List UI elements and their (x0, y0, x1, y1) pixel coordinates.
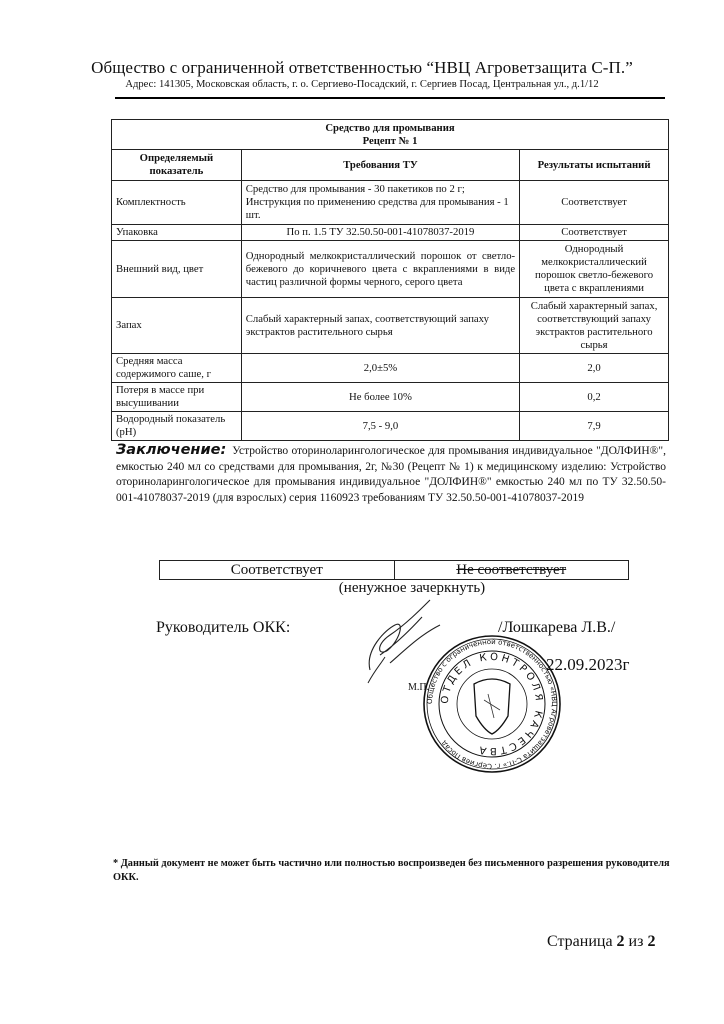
table-caption: Средство для промывания Рецепт № 1 (112, 120, 669, 150)
requirement-cell: Однородный мелкокристаллический порошок … (241, 241, 519, 298)
header-rule (115, 97, 665, 99)
table-row: Средняя масса содержимого саше, г 2,0±5%… (112, 354, 669, 383)
org-title: Общество с ограниченной ответственностью… (0, 58, 724, 78)
result-cell: Слабый характерный запах, соответствующи… (520, 298, 669, 354)
table-row: Комплектность Средство для промывания - … (112, 181, 669, 225)
page-current: 2 (617, 933, 625, 950)
table-row: Упаковка По п. 1.5 ТУ 32.50.50-001-41078… (112, 225, 669, 241)
table-row: Запах Слабый характерный запах, соответс… (112, 298, 669, 354)
table-row: Внешний вид, цвет Однородный мелкокриста… (112, 241, 669, 298)
table-caption-product: Средство для промывания (116, 122, 664, 135)
requirement-cell: 2,0±5% (241, 354, 519, 383)
indicator-cell: Внешний вид, цвет (112, 241, 242, 298)
compliance-box: Соответствует Не соответствует (159, 560, 629, 580)
reproduction-footnote: * Данный документ не может быть частично… (113, 857, 673, 885)
requirement-cell: Слабый характерный запах, соответствующи… (241, 298, 519, 354)
requirement-cell: Средство для промывания - 30 пакетиков п… (241, 181, 519, 225)
indicator-cell: Потеря в массе при высушивании (112, 383, 242, 412)
org-address: Адрес: 141305, Московская область, г. о.… (0, 79, 724, 90)
column-header-requirement: Требования ТУ (241, 150, 519, 181)
compliance-option-complies: Соответствует (160, 561, 395, 579)
result-cell: Соответствует (520, 225, 669, 241)
column-header-indicator: Определяемый показатель (112, 150, 242, 181)
table-row: Потеря в массе при высушивании Не более … (112, 383, 669, 412)
page-separator: из (629, 933, 644, 950)
result-cell: 7,9 (520, 412, 669, 441)
conclusion-paragraph: Заключение:Устройство оториноларингологи… (116, 443, 666, 506)
conclusion-label: Заключение: (116, 442, 226, 458)
result-cell: Однородный мелкокристаллический порошок … (520, 241, 669, 298)
test-results-table: Средство для промывания Рецепт № 1 Опред… (111, 119, 669, 441)
page-total: 2 (647, 933, 655, 950)
quality-control-stamp-icon: Общество с ограниченной ответственностью… (422, 634, 562, 774)
signature-date: 22.09.2023г (546, 655, 629, 675)
table-row: Водородный показатель (pH) 7,5 - 9,0 7,9 (112, 412, 669, 441)
table-header-row: Определяемый показатель Требования ТУ Ре… (112, 150, 669, 181)
page-number: Страница 2 из 2 (547, 933, 655, 951)
indicator-cell: Водородный показатель (pH) (112, 412, 242, 441)
indicator-cell: Средняя масса содержимого саше, г (112, 354, 242, 383)
requirement-cell: По п. 1.5 ТУ 32.50.50-001-41078037-2019 (241, 225, 519, 241)
result-cell: Соответствует (520, 181, 669, 225)
indicator-cell: Запах (112, 298, 242, 354)
result-cell: 0,2 (520, 383, 669, 412)
compliance-option-not-complies: Не соответствует (395, 561, 629, 579)
table-caption-row: Средство для промывания Рецепт № 1 (112, 120, 669, 150)
indicator-cell: Комплектность (112, 181, 242, 225)
requirement-cell: 7,5 - 9,0 (241, 412, 519, 441)
column-header-result: Результаты испытаний (520, 150, 669, 181)
svg-text:ОТДЕЛ КОНТРОЛЯ КАЧЕСТВА: ОТДЕЛ КОНТРОЛЯ КАЧЕСТВА (440, 652, 545, 756)
requirement-cell: Не более 10% (241, 383, 519, 412)
indicator-cell: Упаковка (112, 225, 242, 241)
signer-role: Руководитель ОКК: (156, 619, 290, 637)
page-prefix: Страница (547, 933, 613, 950)
table-caption-recipe: Рецепт № 1 (116, 135, 664, 148)
result-cell: 2,0 (520, 354, 669, 383)
